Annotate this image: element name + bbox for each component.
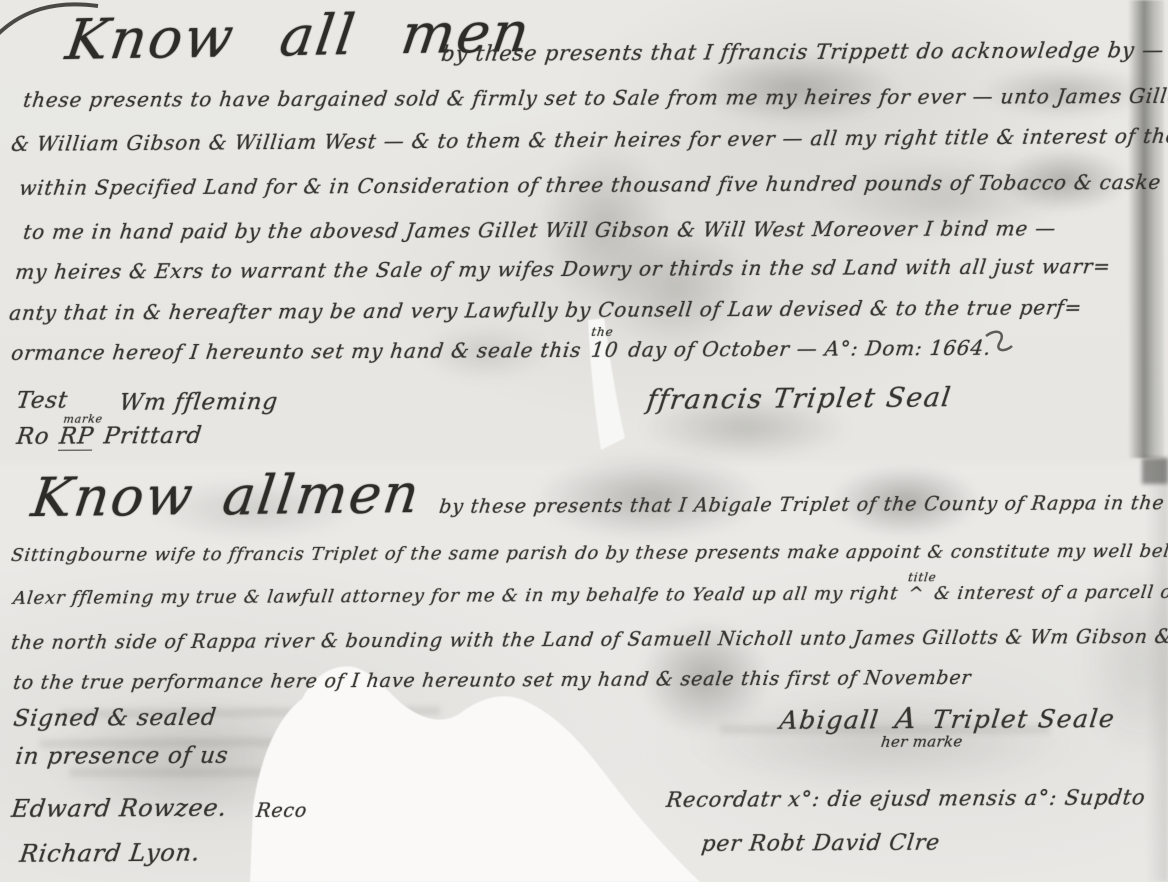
record1-witness-1: Wm ffleming — [118, 389, 279, 416]
record2-line-2: Sittingbourne wife to ffrancis Triplet o… — [10, 540, 1168, 566]
paper-tear — [250, 666, 700, 882]
record2-witness-2: Richard Lyon. — [18, 839, 202, 868]
record2-line-4: the north side of Rappa river & bounding… — [10, 625, 1168, 654]
record2-signature-forename: Abigall — [778, 705, 881, 735]
record2-line-5: to the true performance here of I have h… — [12, 667, 973, 694]
record2-signature: Abigall A Triplet Seale — [778, 700, 1118, 736]
record2-in-presence: in presence of us — [14, 743, 230, 770]
record1-witness-2-initials: RP — [58, 424, 95, 450]
record1-line-6: my heires & Exrs to warrant the Sale of … — [14, 254, 1112, 284]
record2-recorded-note: Recordatr x°: die ejusd mensis a°: Supdt… — [665, 785, 1147, 812]
record1-test-label: Test — [15, 388, 70, 414]
record2-clerk-signature: per Robt David Clre — [700, 831, 941, 857]
record1-witness-2: RomarkeRPPrittard — [15, 423, 204, 451]
record1-witness-2-forename: Ro — [15, 424, 51, 450]
scanned-paper-background: Know all men by these presents that I ff… — [0, 0, 1168, 882]
ink-smudge — [600, 225, 750, 350]
record1-line-3: & William Gibson & William West — & to t… — [10, 124, 1168, 156]
record2-insertion: title^ — [907, 583, 925, 604]
record1-line-8: ormance hereof I hereunto set my hand & … — [10, 336, 993, 365]
record1-day-superscript: the — [591, 325, 615, 339]
record1-day-of-month: the10 — [590, 338, 620, 362]
page-corner-mark — [1142, 458, 1168, 484]
record2-her-marke-note: her marke — [880, 733, 964, 751]
record2-line-3-rest: & interest of a parcell of Land lying up… — [933, 581, 1168, 604]
page-gutter-shadow — [1128, 0, 1164, 458]
record2-signature-mark: A — [893, 701, 919, 735]
record1-witness-2-mark-note: marke — [63, 413, 104, 426]
record2-witness-1: Edward Rowzee. — [10, 794, 229, 823]
record1-line-5: to me in hand paid by the abovesd James … — [22, 216, 1058, 244]
record1-line-8-text: ormance hereof I hereunto set my hand & … — [10, 338, 583, 365]
record1-line-7: anty that in & hereafter may be and very… — [8, 295, 1084, 325]
record2-opening-words: Know allmen — [28, 462, 424, 529]
record2-line-3-text: Alexr ffleming my true & lawfull attorne… — [12, 583, 899, 609]
record1-signature: ffrancis Triplet Seal — [645, 382, 954, 416]
record1-line-4: within Specified Land for & in Considera… — [18, 170, 1163, 200]
record1-date-text: day of October — A°: Dom: 1664. — [627, 336, 993, 362]
record2-insertion-word: title — [907, 570, 937, 584]
record2-line-1: by these presents that I Abigale Triplet… — [438, 492, 1168, 518]
record1-line-1: by these presents that I ffrancis Trippe… — [440, 38, 1165, 66]
record2-signed-sealed: Signed & sealed — [12, 705, 218, 732]
record2-signature-surname: Triplet Seale — [931, 704, 1117, 734]
record2-line-3: Alexr ffleming my true & lawfull attorne… — [12, 581, 1168, 609]
record2-insertion-caret: ^ — [907, 583, 925, 604]
record1-witness-2-surname: Prittard — [102, 423, 203, 450]
page-gutter-shadow — [1146, 458, 1168, 882]
record1-day-number: 10 — [590, 338, 620, 362]
record1-line-2: these presents to have bargained sold & … — [22, 84, 1168, 112]
record1-witness-2-mark: markeRP — [58, 424, 96, 451]
record2-witness-1-note: Reco — [255, 800, 308, 822]
